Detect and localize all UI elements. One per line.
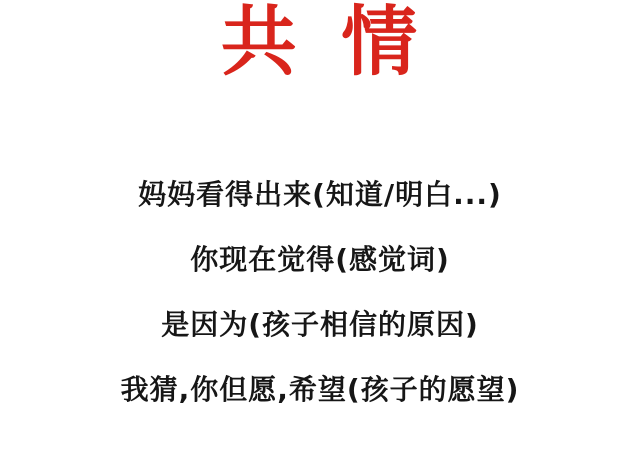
slide-body-line-4: 我猜,你但愿,希望(孩子的愿望)	[0, 371, 640, 408]
slide-body-line-1: 妈妈看得出来(知道/明白...)	[0, 176, 640, 213]
slide-body-line-3: 是因为(孩子相信的原因)	[0, 306, 640, 343]
slide-title: 共 情	[0, 4, 640, 80]
slide-canvas: 共 情 妈妈看得出来(知道/明白...) 你现在觉得(感觉词) 是因为(孩子相信…	[0, 0, 640, 456]
slide-body: 妈妈看得出来(知道/明白...) 你现在觉得(感觉词) 是因为(孩子相信的原因)…	[0, 176, 640, 436]
slide-body-line-2: 你现在觉得(感觉词)	[0, 241, 640, 278]
